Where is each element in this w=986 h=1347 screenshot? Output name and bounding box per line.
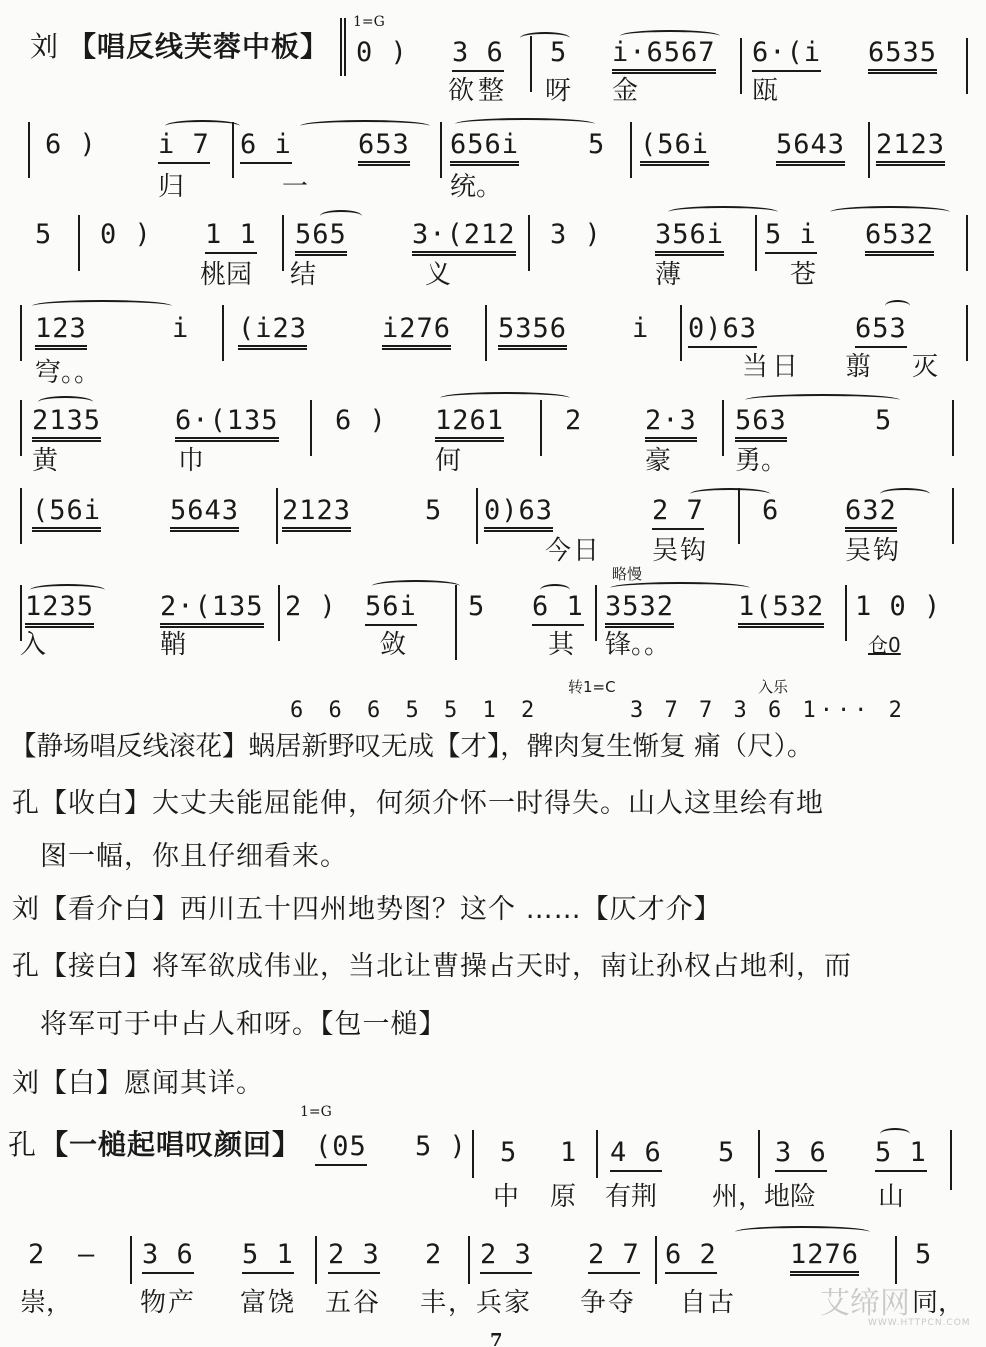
note-group: 5 i xyxy=(765,220,817,254)
barline xyxy=(282,215,284,271)
barline xyxy=(596,1130,598,1178)
barline xyxy=(595,585,597,641)
barline xyxy=(20,488,22,544)
note-group: 5 xyxy=(915,1240,932,1270)
barline xyxy=(344,18,346,76)
lyric: 吴钩 xyxy=(652,536,708,566)
barline xyxy=(966,305,968,361)
barline xyxy=(278,585,280,641)
speaker-label: 孔 xyxy=(8,1128,37,1162)
note-group: (05 xyxy=(315,1132,367,1166)
note-group: i xyxy=(172,314,189,344)
note-group: 1 0 ) xyxy=(855,592,941,622)
barline xyxy=(315,1236,317,1284)
lyric: 统。 xyxy=(450,172,502,202)
note-group: 2 xyxy=(425,1240,442,1270)
barline xyxy=(952,488,954,544)
lyric: 当日 xyxy=(742,352,802,382)
lyric: 桃园 xyxy=(200,260,252,290)
note-group: 2·3 xyxy=(645,406,697,442)
lyric: 争夺 xyxy=(580,1288,636,1318)
lyric: 物产 xyxy=(140,1288,196,1318)
barline xyxy=(276,488,278,544)
note-group: 6532 xyxy=(865,220,934,256)
lyric: 灭 xyxy=(912,352,938,382)
barline xyxy=(78,215,80,271)
barline xyxy=(845,585,847,641)
note-group: i276 xyxy=(382,314,451,350)
note-group: 1 xyxy=(560,1138,577,1168)
dialogue-line: 图一幅，你且仔细看来。 xyxy=(40,840,348,874)
note-group: 6 xyxy=(762,496,779,526)
note-group: 563 xyxy=(735,406,787,442)
note-group: 653 xyxy=(358,130,410,166)
barline xyxy=(950,1130,952,1190)
note-group: 5643 xyxy=(776,130,845,166)
lyric: 丰，兵家 xyxy=(420,1288,532,1318)
lyric: 黄 xyxy=(32,446,58,476)
barline xyxy=(222,305,224,361)
note-group: 2·(135 xyxy=(160,592,264,628)
note-group: 6 i xyxy=(240,130,292,164)
note-group: 632 xyxy=(845,496,897,532)
key-change: 转1=C xyxy=(568,676,616,697)
note-group: 5 xyxy=(468,592,485,622)
note-group: 1 1 xyxy=(205,220,257,254)
note-group: 3 ) xyxy=(550,220,602,250)
lyric: 敛 xyxy=(380,630,406,660)
lyric: 富饶 xyxy=(240,1288,296,1318)
note-group: 5 1 xyxy=(242,1240,294,1274)
aria-text: 【静场唱反线滚花】蜗居新野叹无成【才】，髀肉复生惭复 痛（尺）。 xyxy=(10,730,813,764)
barline xyxy=(755,215,757,271)
dialogue-line: 刘【白】愿闻其详。 xyxy=(12,1067,264,1101)
note-group: 2 xyxy=(565,406,582,436)
lyric: 入 xyxy=(20,630,46,660)
lyric: 瓯 xyxy=(752,76,778,106)
lyric: 鞘 xyxy=(160,630,186,660)
barline xyxy=(485,305,487,361)
lyric: 同， xyxy=(912,1288,964,1318)
note-group: 1235 xyxy=(25,592,94,628)
note-group: 2 7 xyxy=(588,1240,640,1274)
barline xyxy=(130,1236,132,1284)
note-group: 5356 xyxy=(498,314,567,350)
lyric: 自古 xyxy=(680,1288,736,1318)
note-group: 6 6 6 5 5 1 2 xyxy=(290,696,540,726)
slur xyxy=(735,1226,870,1238)
barline xyxy=(895,1236,897,1284)
note-group: 123 xyxy=(35,314,87,350)
watermark-url: WWW.HTTPCN.COM xyxy=(868,1318,971,1328)
lyric: 州，地险 xyxy=(712,1182,816,1212)
barline xyxy=(310,400,312,456)
lyric: 崇， xyxy=(20,1288,72,1318)
barline xyxy=(28,122,30,178)
barline xyxy=(738,488,740,544)
slur xyxy=(885,300,910,312)
lyric: 巾 xyxy=(178,446,204,476)
lyric: 何 xyxy=(435,446,461,476)
note-group: 6 1 xyxy=(532,592,584,626)
note-group: 4 6 xyxy=(610,1138,662,1172)
barline xyxy=(655,1236,657,1284)
note-group: 6·(135 xyxy=(175,406,279,442)
note-group: 3 6 xyxy=(142,1240,194,1274)
barline xyxy=(680,305,682,361)
lyric: 一 xyxy=(282,172,308,202)
slur xyxy=(440,392,570,404)
note-group: 656i xyxy=(450,130,519,166)
note-group: 5 xyxy=(588,130,605,160)
note-group: i 7 xyxy=(158,130,210,164)
lyric: 归 xyxy=(158,172,184,202)
note-group: 1276 xyxy=(790,1240,859,1276)
note-group: 6535 xyxy=(868,38,937,74)
barline xyxy=(232,122,234,178)
lyric: 穹。。 xyxy=(35,358,100,388)
note-group: 5 xyxy=(500,1138,517,1168)
note-group: 0 ) xyxy=(100,220,152,250)
note-group: 5 xyxy=(718,1138,735,1168)
note-group: 3 7 7 3 6 1··· 2 xyxy=(630,696,906,726)
barline xyxy=(740,38,742,94)
note-group: 6 2 xyxy=(665,1240,717,1274)
lyric: 中 xyxy=(493,1182,519,1212)
lyric: 豪 xyxy=(645,446,671,476)
note-group: 356i xyxy=(655,220,724,256)
barline xyxy=(530,36,532,92)
barline xyxy=(455,585,457,660)
lyric: 呀 xyxy=(545,76,571,106)
lyric: 山 xyxy=(878,1182,904,1212)
barline xyxy=(468,1236,470,1284)
key-signature: 1=G xyxy=(353,14,385,30)
note-group: 2135 xyxy=(32,406,101,442)
note-group: 5 1 xyxy=(875,1138,927,1172)
note-group: 1(532 xyxy=(738,592,824,628)
note-group: 0)63 xyxy=(484,496,553,532)
note-group: 3 6 xyxy=(775,1138,827,1172)
barline xyxy=(340,18,342,76)
note-group: 3·(212 xyxy=(412,220,516,256)
note-group: 0)63 xyxy=(688,314,757,348)
barline xyxy=(722,400,724,456)
lyric: 今日 xyxy=(545,536,601,566)
lyric: 翦 xyxy=(845,352,871,382)
slur xyxy=(668,206,778,218)
note-group: 1261 xyxy=(435,406,504,442)
note-group: 2 3 xyxy=(328,1240,380,1274)
note-group: 3532 xyxy=(605,592,674,628)
lyric: 金 xyxy=(612,76,638,106)
lyric: 其 xyxy=(548,630,574,660)
note-group: — xyxy=(78,1240,95,1270)
note-group: 6 ) xyxy=(45,130,97,160)
note-group: 6·(i xyxy=(752,38,821,72)
note-group: (56i xyxy=(640,130,709,166)
barline xyxy=(472,1130,474,1178)
lyric: 锋。。 xyxy=(605,630,670,660)
lyric: 勇。 xyxy=(735,446,787,476)
note-group: 565 xyxy=(295,220,347,256)
dialogue-line: 将军可于中占人和呀。【包一槌】 xyxy=(40,1008,447,1042)
barline xyxy=(528,215,530,271)
barline xyxy=(20,400,22,456)
note-group: i xyxy=(632,314,649,344)
tempo-marking: 略慢 xyxy=(612,563,642,584)
note-group: 5 xyxy=(875,406,892,436)
note-group: 5 xyxy=(550,38,567,68)
note-group: 653 xyxy=(855,314,907,348)
barline xyxy=(966,38,968,94)
slur xyxy=(830,206,950,218)
lyric: 结 xyxy=(290,260,316,290)
note-group: 5 xyxy=(425,496,442,526)
note-group: (i23 xyxy=(238,314,307,350)
lyric: 薄 xyxy=(655,260,681,290)
note-group: 2 xyxy=(28,1240,45,1270)
dialogue-line: 刘【看介白】西川五十四州地势图？这个 ……【仄才介】 xyxy=(12,893,722,927)
key-signature: 1=G xyxy=(300,1104,332,1120)
aria-mode-label: 【唱反线芙蓉中板】 xyxy=(68,30,329,64)
note-group: 5643 xyxy=(170,496,239,532)
enter-music-marking: 入乐 xyxy=(758,676,788,697)
note-group: 2123 xyxy=(876,130,945,166)
barline xyxy=(440,122,442,178)
barline xyxy=(868,122,870,178)
barline xyxy=(540,400,542,456)
note-group: 6 ) xyxy=(335,406,387,436)
lyric: 义 xyxy=(425,260,451,290)
note-group: 56i xyxy=(365,592,417,626)
note-group: 2123 xyxy=(282,496,351,532)
barline xyxy=(476,488,478,544)
note-group: 5 xyxy=(35,220,52,250)
lyric: 五谷 xyxy=(325,1288,381,1318)
lyric: 仓0 xyxy=(868,630,901,660)
lyric: 吴钩 xyxy=(845,536,901,566)
note-group: (56i xyxy=(32,496,101,532)
page-number: 7 xyxy=(490,1330,503,1347)
barline xyxy=(966,215,968,271)
lyric: 苍 xyxy=(790,260,816,290)
dialogue-line: 孔【接白】将军欲成伟业，当北让曹操占天时，南让孙权占地利，而 xyxy=(12,950,852,984)
barline xyxy=(630,122,632,178)
barline xyxy=(952,400,954,456)
slur xyxy=(32,300,172,312)
note-group: 3 6 xyxy=(452,38,504,72)
note-group: 2 7 xyxy=(652,496,704,530)
note-group: 2 3 xyxy=(480,1240,532,1274)
dialogue-line: 孔【收白】大丈夫能屈能伸，何须介怀一时得失。山人这里绘有地 xyxy=(12,787,824,821)
note-group: 5 ) xyxy=(415,1132,467,1162)
note-group: 2 ) xyxy=(285,592,337,622)
barline xyxy=(758,1130,760,1178)
note-group: 0 ) xyxy=(356,38,408,68)
lyric: 有荆 xyxy=(605,1182,657,1212)
note-group: i·6567 xyxy=(612,38,716,74)
speaker-label: 刘 xyxy=(30,30,59,64)
lyric: 欲整 xyxy=(448,76,508,106)
lyric: 原 xyxy=(550,1182,576,1212)
watermark-logo: 艾缔网 xyxy=(820,1278,910,1322)
aria-mode-label: 【一槌起唱叹颜回】 xyxy=(40,1128,301,1162)
barline xyxy=(20,305,22,361)
